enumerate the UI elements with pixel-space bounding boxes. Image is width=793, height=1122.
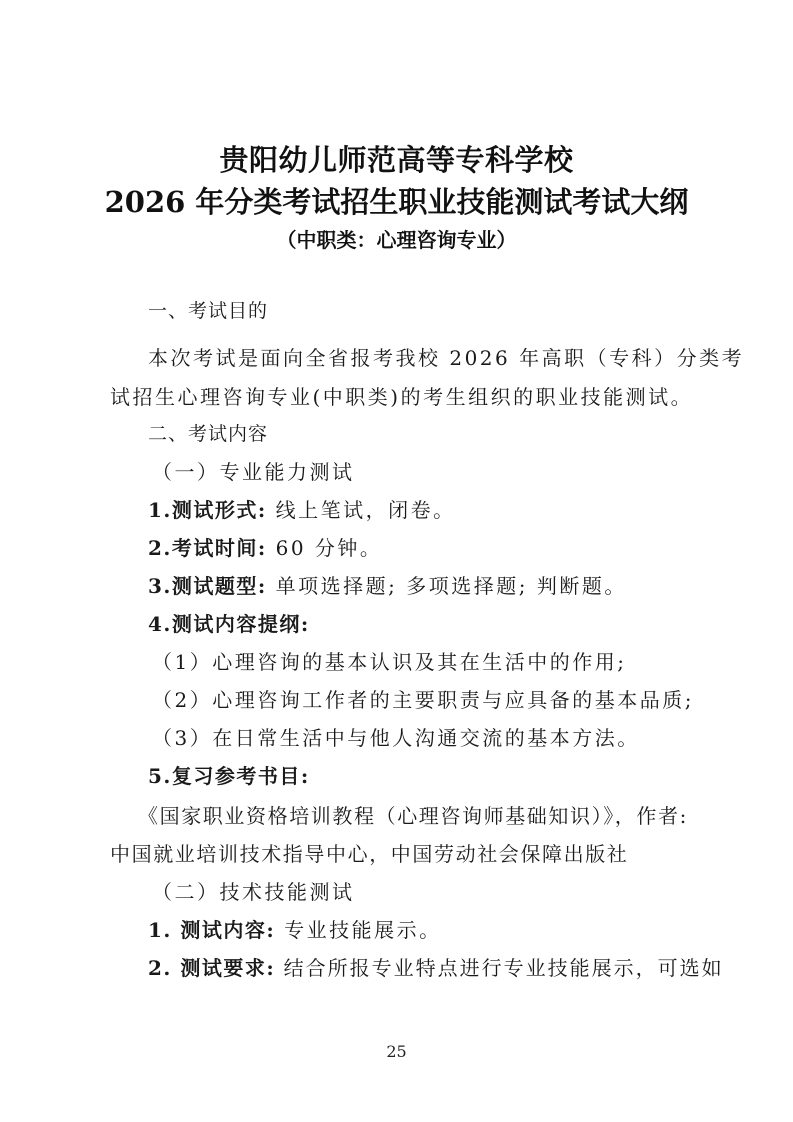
item-test-duration-value: 60 分钟。 <box>276 536 383 560</box>
reference-line-1: 《国家职业资格培训教程（心理咨询师基础知识）》，作者: <box>138 800 728 829</box>
item-question-types-label: 3.测试题型: <box>148 574 267 598</box>
subsection-heading-technical-skills: （二）技术技能测试 <box>152 876 742 905</box>
page-number: 25 <box>0 1042 793 1061</box>
item-reference-books-label: 5.复习参考书目: <box>148 760 738 789</box>
section-heading-purpose: 一、考试目的 <box>148 296 738 323</box>
item-test-format-value: 线上笔试，闭卷。 <box>276 498 456 522</box>
item-skill-content-value: 专业技能展示。 <box>284 918 442 942</box>
item-skill-requirements-value: 结合所报专业特点进行专业技能展示，可选如 <box>284 956 724 980</box>
item-skill-requirements-label: 2. 测试要求: <box>148 956 275 980</box>
subsection-heading-professional-ability: （一）专业能力测试 <box>152 456 742 485</box>
section-heading-content: 二、考试内容 <box>148 419 738 446</box>
document-title-outline: 2026 年分类考试招生职业技能测试考试大纲 <box>0 180 793 221</box>
reference-line-2: 中国就业培训技术指导中心，中国劳动社会保障出版社 <box>110 838 700 867</box>
purpose-paragraph-line-2: 试招生心理咨询专业(中职类)的考生组织的职业技能测试。 <box>110 381 700 410</box>
outline-item-2: （2）心理咨询工作者的主要职责与应具备的基本品质; <box>152 684 742 713</box>
document-subtitle: （中职类：心理咨询专业） <box>0 224 793 253</box>
outline-item-3: （3）在日常生活中与他人沟通交流的基本方法。 <box>152 722 742 751</box>
document-title-school: 贵阳幼儿师范高等专科学校 <box>0 138 793 179</box>
item-skill-content: 1. 测试内容: 专业技能展示。 <box>148 914 738 943</box>
item-question-types: 3.测试题型: 单项选择题; 多项选择题; 判断题。 <box>148 570 738 599</box>
item-test-format: 1.测试形式: 线上笔试，闭卷。 <box>148 494 738 523</box>
item-question-types-value: 单项选择题; 多项选择题; 判断题。 <box>276 574 627 598</box>
purpose-paragraph-line-1: 本次考试是面向全省报考我校 2026 年高职（专科）分类考 <box>148 342 738 371</box>
document-page: 贵阳幼儿师范高等专科学校 2026 年分类考试招生职业技能测试考试大纲 （中职类… <box>0 0 793 1122</box>
item-test-duration-label: 2.考试时间: <box>148 536 267 560</box>
item-skill-content-label: 1. 测试内容: <box>148 918 275 942</box>
item-test-format-label: 1.测试形式: <box>148 498 267 522</box>
item-content-outline-label: 4.测试内容提纲: <box>148 608 738 637</box>
item-test-duration: 2.考试时间: 60 分钟。 <box>148 532 738 561</box>
outline-item-1: （1）心理咨询的基本认识及其在生活中的作用; <box>152 646 742 675</box>
item-skill-requirements: 2. 测试要求: 结合所报专业特点进行专业技能展示，可选如 <box>148 952 738 981</box>
